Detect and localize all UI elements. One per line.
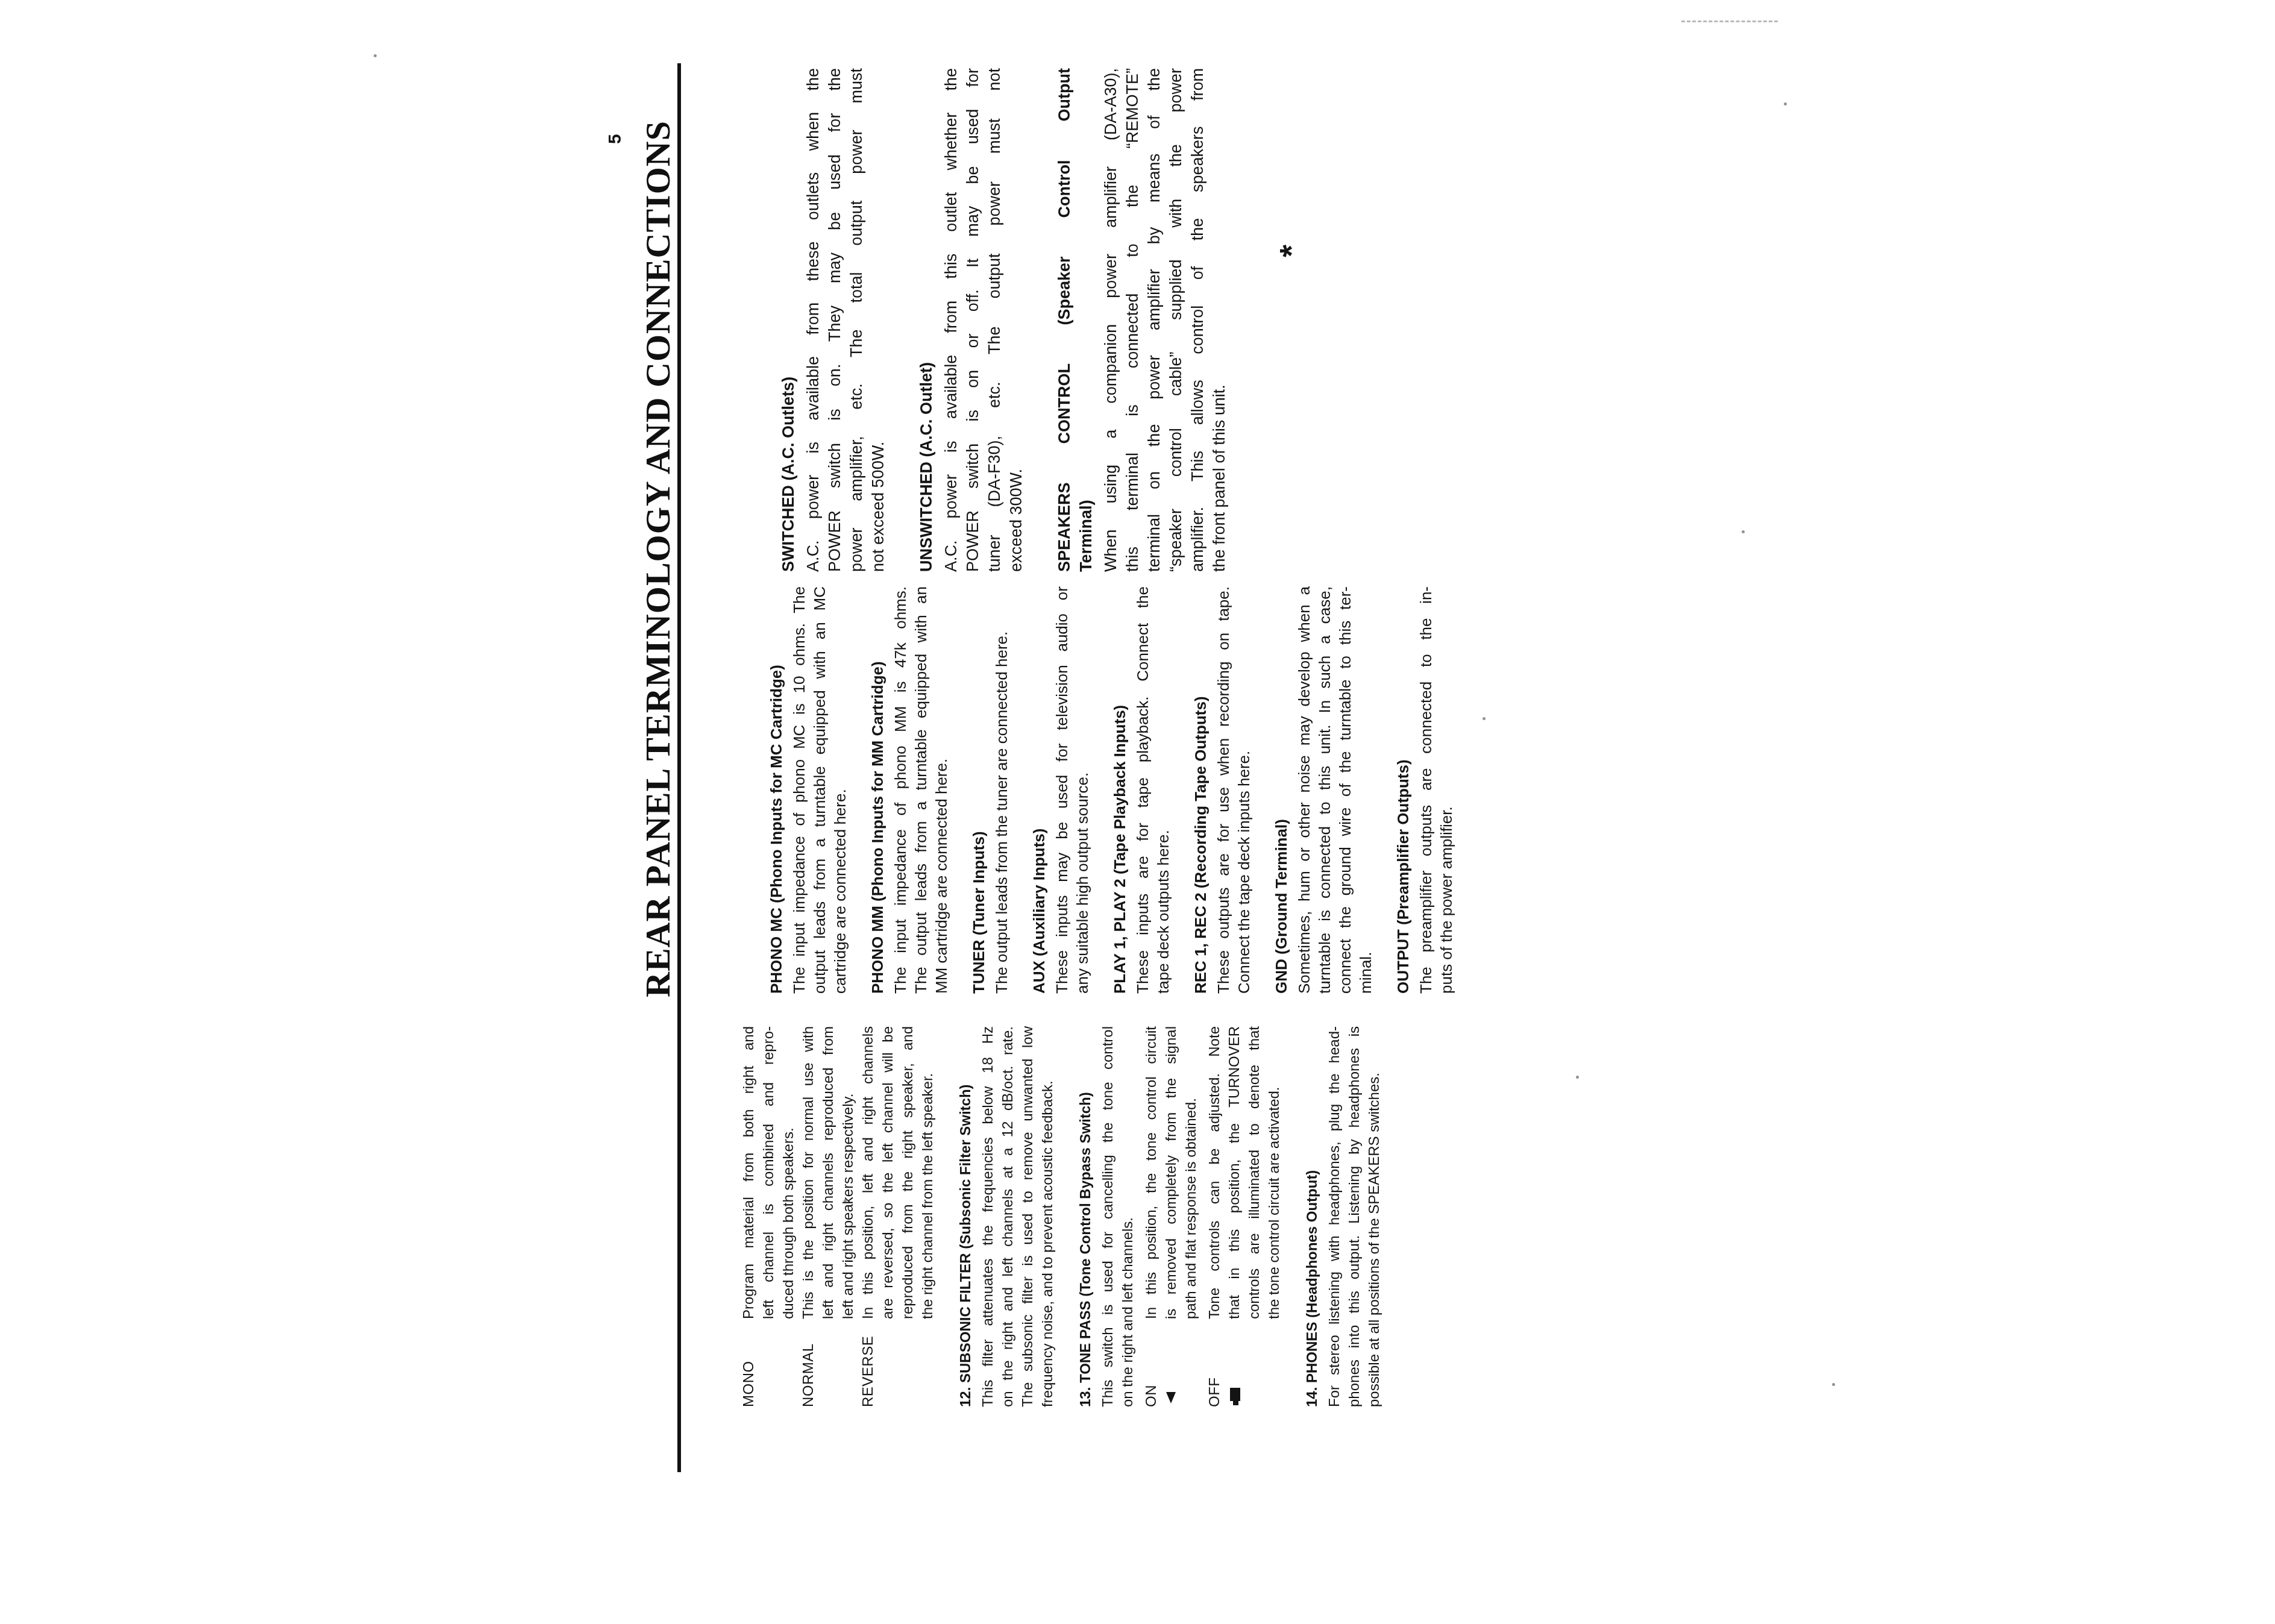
text-line: In this position, left and right channel… <box>858 1026 878 1319</box>
section-heading: GND (Ground Terminal) <box>1271 586 1291 994</box>
section-heading: Terminal) <box>1075 68 1097 572</box>
text-line: on the right and left channels at a 12 d… <box>998 1026 1018 1407</box>
text-line: controls are illuminated to denote that <box>1244 1026 1264 1319</box>
text-line: These inputs may be used for television … <box>1052 586 1072 994</box>
text-line: “speaker control cable” supplied with th… <box>1165 68 1187 572</box>
text-line: The output leads from the tuner are conn… <box>991 586 1012 994</box>
text-line: This is the position for normal use with <box>799 1026 818 1319</box>
section-body: These inputs may be used for television … <box>1052 586 1093 994</box>
section-heading: OUTPUT (Preamplifier Outputs) <box>1393 586 1413 994</box>
off-square-icon <box>1230 1388 1240 1401</box>
text-line: terminal on the power amplifier by means… <box>1143 68 1165 572</box>
text-line: Sometimes, hum or other noise may develo… <box>1294 586 1314 994</box>
column-middle: PHONO MC (Phono Inputs for MC Cartridge)… <box>749 586 1457 994</box>
section: TUNER (Tuner Inputs)The output leads fro… <box>968 586 1012 994</box>
on-pointer-icon <box>1166 1392 1176 1403</box>
section-body: This switch is used for cancelling the t… <box>1098 1026 1138 1407</box>
text-line: These outputs are for use when recording… <box>1213 586 1234 994</box>
scan-speck <box>374 54 377 57</box>
section: 12. SUBSONIC FILTER (Subsonic Filter Swi… <box>956 1026 1058 1407</box>
text-line: duced through both speakers. <box>779 1026 799 1319</box>
text-line: This filter attenuates the frequencies b… <box>978 1026 998 1407</box>
section: UNSWITCHED (A.C. Outlet)A.C. power is av… <box>915 68 1027 572</box>
text-line: puts of the power amplifier. <box>1436 586 1457 994</box>
text-line: possible at all positions of the SPEAKER… <box>1364 1026 1384 1407</box>
text-line: POWER switch is on. They may be used for… <box>824 68 846 572</box>
text-line: This switch is used for cancelling the t… <box>1098 1026 1118 1407</box>
section-heading: 12. SUBSONIC FILTER (Subsonic Filter Swi… <box>956 1026 976 1407</box>
section-body: The input impedance of phono MM is 47k o… <box>890 586 952 994</box>
section-body: This filter attenuates the frequencies b… <box>978 1026 1058 1407</box>
section: 13. TONE PASS (Tone Control Bypass Switc… <box>1076 1026 1138 1407</box>
switch-description: This is the position for normal use with… <box>799 1026 858 1319</box>
switch-label-cell: NORMAL <box>799 1319 858 1407</box>
page-number: 5 <box>605 133 626 144</box>
text-line: the front panel of this unit. <box>1208 68 1230 572</box>
switch-description: In this position, left and right channel… <box>858 1026 938 1319</box>
scan-artifact-dash <box>1681 20 1778 22</box>
switch-entry: OFFTone controls can be adjusted. Noteth… <box>1205 1026 1284 1407</box>
title-underline-rule <box>677 63 681 1472</box>
text-line: The input impedance of phono MC is 10 oh… <box>789 586 809 994</box>
text-line: Program material from both right and <box>739 1026 759 1319</box>
text-line: are reversed, so the left channel will b… <box>878 1026 898 1319</box>
scan-speck <box>1832 1383 1835 1386</box>
text-line: output leads from a turntable equipped w… <box>809 586 830 994</box>
text-line: any suitable high output source. <box>1072 586 1093 994</box>
text-line: the tone control circuit are activated. <box>1264 1026 1284 1319</box>
text-line: phones into this output. Listening by he… <box>1345 1026 1364 1407</box>
section: OUTPUT (Preamplifier Outputs)The preampl… <box>1393 586 1457 994</box>
switch-label-cell: REVERSE <box>858 1319 938 1407</box>
text-line: cartridge are connected here. <box>830 586 850 994</box>
text-line: A.C. power is available from this outlet… <box>940 68 962 572</box>
text-line: The output leads from a turntable equipp… <box>911 586 931 994</box>
switch-entry: NORMALThis is the position for normal us… <box>799 1026 858 1407</box>
manual-page: 5 REAR PANEL TERMINOLOGY AND CONNECTIONS… <box>0 0 2275 1624</box>
section-heading: TUNER (Tuner Inputs) <box>968 586 989 994</box>
switch-description: In this position, the tone control circu… <box>1141 1026 1201 1319</box>
text-line: Tone controls can be adjusted. Note <box>1205 1026 1225 1319</box>
section-heading: 13. TONE PASS (Tone Control Bypass Switc… <box>1076 1026 1096 1407</box>
section-heading: REC 1, REC 2 (Recording Tape Outputs) <box>1190 586 1211 994</box>
text-line: These inputs are for tape playback. Conn… <box>1132 586 1153 994</box>
section-heading: PHONO MM (Phono Inputs for MM Cartridge) <box>867 586 888 994</box>
section: SPEAKERS CONTROL (Speaker Control Output… <box>1053 68 1230 572</box>
text-line: is removed completely from the signal <box>1161 1026 1181 1319</box>
section: PHONO MM (Phono Inputs for MM Cartridge)… <box>867 586 952 994</box>
scan-speck <box>1784 102 1787 105</box>
section-body: A.C. power is available from this outlet… <box>940 68 1027 572</box>
switch-description: Program material from both right andleft… <box>739 1026 799 1319</box>
switch-label: MONO <box>739 1319 759 1407</box>
section: GND (Ground Terminal)Sometimes, hum or o… <box>1271 586 1376 994</box>
section: PHONO MC (Phono Inputs for MC Cartridge)… <box>766 586 850 994</box>
switch-entry: MONOProgram material from both right and… <box>739 1026 799 1407</box>
text-line: left and right channels reproduced from <box>818 1026 838 1319</box>
text-line: power amplifier, etc. The total output p… <box>846 68 867 572</box>
text-line: on the right and left channels. <box>1118 1026 1138 1407</box>
section: SWITCHED (A.C. Outlets)A.C. power is ava… <box>777 68 889 572</box>
section-body: The preamplifier outputs are connected t… <box>1416 586 1457 994</box>
switch-label-cell: OFF <box>1205 1319 1284 1407</box>
text-line: turntable is connected to this unit. In … <box>1314 586 1335 994</box>
section-heading: PHONO MC (Phono Inputs for MC Cartridge) <box>766 586 786 994</box>
scan-speck <box>1483 717 1486 720</box>
text-line: The preamplifier outputs are connected t… <box>1416 586 1436 994</box>
text-line: MM cartridge are connected here. <box>931 586 952 994</box>
text-line: POWER switch is on or off. It may be use… <box>962 68 984 572</box>
switch-label-cell: ON <box>1141 1319 1201 1407</box>
section-heading: 14. PHONES (Headphones Output) <box>1302 1026 1322 1407</box>
scan-speck <box>1176 205 1179 208</box>
text-line: this terminal is connected to the “REMOT… <box>1122 68 1143 572</box>
text-line: left and right speakers respectively. <box>838 1026 858 1319</box>
section-body: These inputs are for tape playback. Conn… <box>1132 586 1173 994</box>
scan-speck <box>1576 1076 1579 1079</box>
section-heading: SPEAKERS CONTROL (Speaker Control Output <box>1053 68 1075 572</box>
text-line: A.C. power is available from these outle… <box>802 68 824 572</box>
section: REC 1, REC 2 (Recording Tape Outputs)The… <box>1190 586 1254 994</box>
text-line: Connect the tape deck inputs here. <box>1234 586 1254 994</box>
section-body: A.C. power is available from these outle… <box>802 68 889 572</box>
text-line: amplifier. This allows control of the sp… <box>1187 68 1208 572</box>
scan-speck <box>844 1199 847 1202</box>
section: PLAY 1, PLAY 2 (Tape Playback Inputs)The… <box>1109 586 1173 994</box>
switch-label: NORMAL <box>799 1319 818 1407</box>
section-body: Sometimes, hum or other noise may develo… <box>1294 586 1376 994</box>
column-left: MONOProgram material from both right and… <box>739 1026 1384 1407</box>
section: AUX (Auxiliary Inputs)These inputs may b… <box>1029 586 1093 994</box>
section: 14. PHONES (Headphones Output)For stereo… <box>1302 1026 1384 1407</box>
text-line: minal. <box>1355 586 1376 994</box>
switch-description: Tone controls can be adjusted. Notethat … <box>1205 1026 1284 1319</box>
section-body: When using a companion power amplifier (… <box>1100 68 1230 572</box>
text-line: path and flat response is obtained. <box>1181 1026 1201 1319</box>
footnote-asterisk: * <box>1273 245 1310 257</box>
text-line: In this position, the tone control circu… <box>1141 1026 1161 1319</box>
section-heading: PLAY 1, PLAY 2 (Tape Playback Inputs) <box>1109 586 1130 994</box>
switch-label: ON <box>1141 1319 1161 1407</box>
switch-entry: REVERSEIn this position, left and right … <box>858 1026 938 1407</box>
scan-speck <box>1742 530 1745 533</box>
section-body: These outputs are for use when recording… <box>1213 586 1254 994</box>
text-line: reproduced from the right speaker, and <box>898 1026 918 1319</box>
text-line: that in this position, the TURNOVER <box>1225 1026 1244 1319</box>
text-line: connect the ground wire of the turntable… <box>1335 586 1355 994</box>
text-line: the right channel from the left speaker. <box>918 1026 938 1319</box>
text-line: left channel is combined and repro- <box>759 1026 779 1319</box>
section-heading: SWITCHED (A.C. Outlets) <box>777 68 799 572</box>
switch-label-cell: MONO <box>739 1319 799 1407</box>
text-line: tape deck outputs here. <box>1153 586 1173 994</box>
switch-label: REVERSE <box>858 1319 878 1407</box>
column-right: SWITCHED (A.C. Outlets)A.C. power is ava… <box>751 68 1230 572</box>
section-body: The output leads from the tuner are conn… <box>991 586 1012 994</box>
switch-label: OFF <box>1205 1319 1225 1407</box>
text-line: frequency noise, and to prevent acoustic… <box>1038 1026 1058 1407</box>
section-body: The input impedance of phono MC is 10 oh… <box>789 586 850 994</box>
page-title: REAR PANEL TERMINOLOGY AND CONNECTIONS <box>638 121 678 997</box>
text-line: When using a companion power amplifier (… <box>1100 68 1122 572</box>
text-line: For stereo listening with headphones, pl… <box>1325 1026 1345 1407</box>
text-line: tuner (DA-F30), etc. The output power mu… <box>984 68 1005 572</box>
scan-frame: 5 REAR PANEL TERMINOLOGY AND CONNECTIONS… <box>0 0 2275 1624</box>
text-line: not exceed 500W. <box>867 68 889 572</box>
section-body: For stereo listening with headphones, pl… <box>1325 1026 1384 1407</box>
text-line: exceed 300W. <box>1005 68 1027 572</box>
section-heading: AUX (Auxiliary Inputs) <box>1029 586 1049 994</box>
section-heading: UNSWITCHED (A.C. Outlet) <box>915 68 937 572</box>
switch-entry: ONIn this position, the tone control cir… <box>1141 1026 1201 1407</box>
text-line: The input impedance of phono MM is 47k o… <box>890 586 911 994</box>
text-line: The subsonic filter is used to remove un… <box>1018 1026 1038 1407</box>
